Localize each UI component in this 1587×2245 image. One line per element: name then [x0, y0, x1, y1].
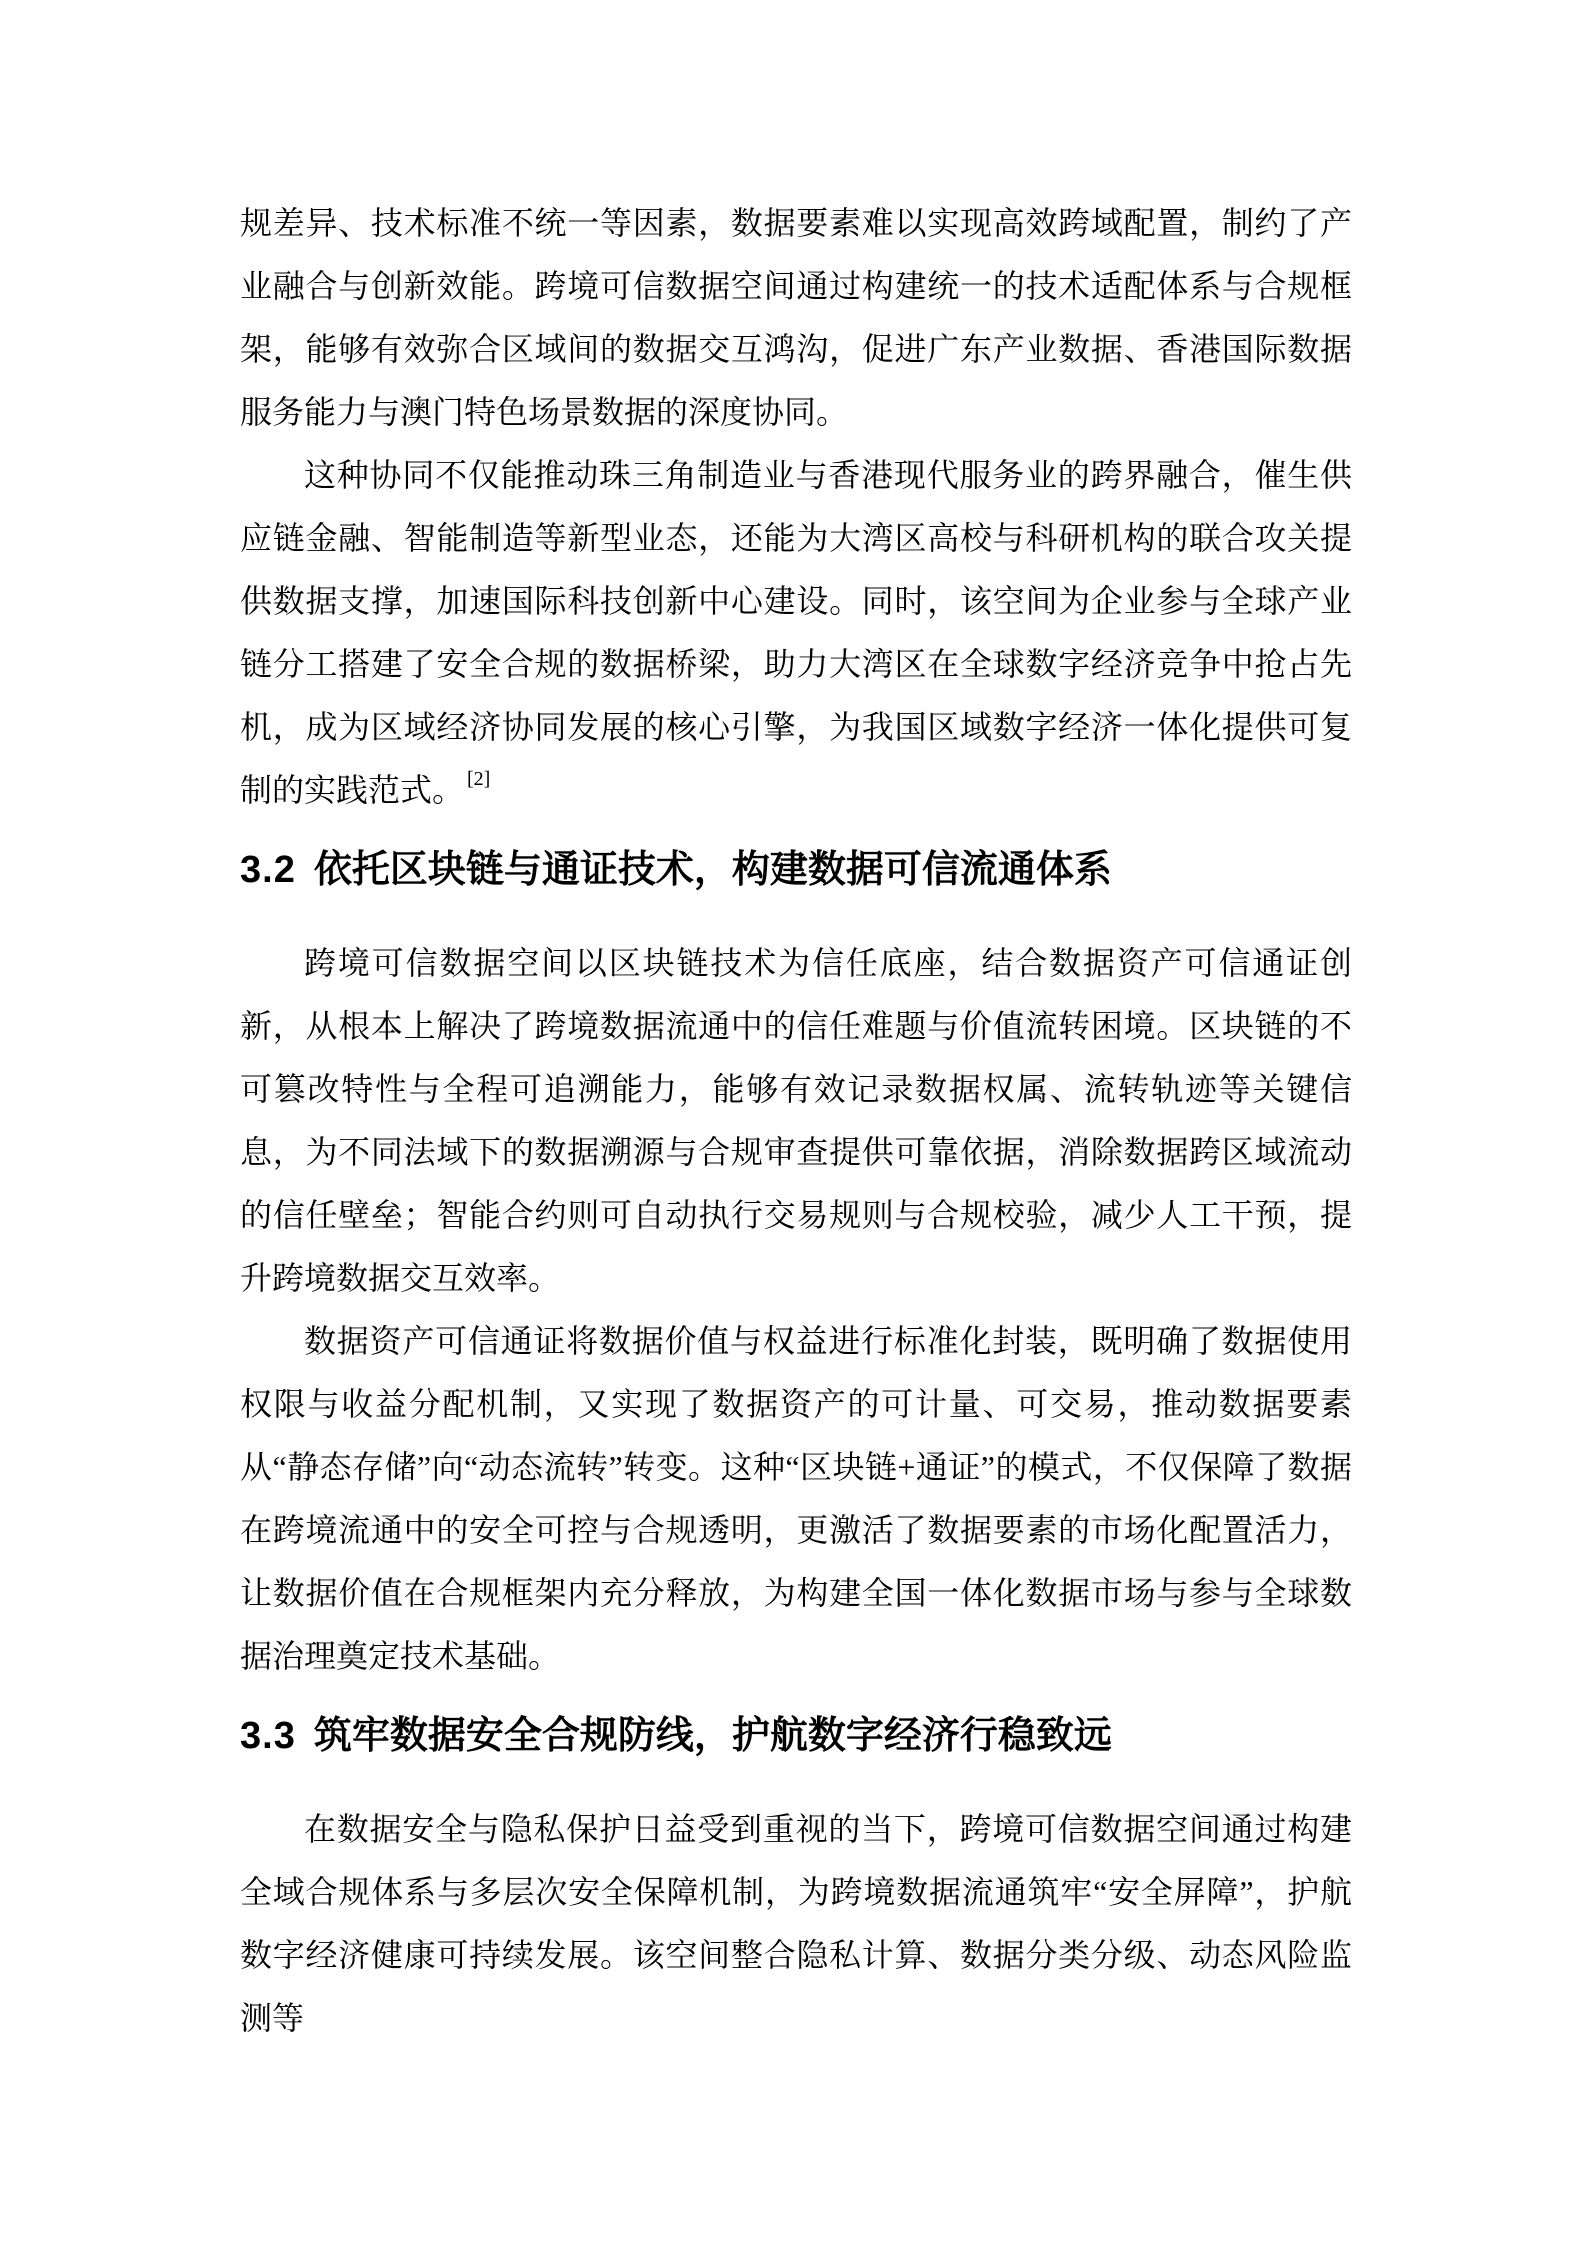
section-title: 依托区块链与通证技术，构建数据可信流通体系	[314, 849, 1112, 891]
paragraph-text: 在数据安全与隐私保护日益受到重视的当下，跨境可信数据空间通过构建全域合规体系与多…	[240, 1811, 1352, 2036]
document-page: 规差异、技术标准不统一等因素，数据要素难以实现高效跨域配置，制约了产业融合与创新…	[0, 0, 1587, 2245]
paragraph-text: 这种协同不仅能推动珠三角制造业与香港现代服务业的跨界融合，催生供应链金融、智能制…	[240, 457, 1352, 808]
paragraph-text: 跨境可信数据空间以区块链技术为信任底座，结合数据资产可信通证创新，从根本上解决了…	[240, 945, 1352, 1296]
paragraph-security-compliance: 在数据安全与隐私保护日益受到重视的当下，跨境可信数据空间通过构建全域合规体系与多…	[240, 1798, 1352, 2050]
section-title: 筑牢数据安全合规防线，护航数字经济行稳致远	[314, 1715, 1112, 1757]
paragraph-text: 数据资产可信通证将数据价值与权益进行标准化封装，既明确了数据使用权限与收益分配机…	[240, 1323, 1352, 1674]
section-number: 3.3	[240, 1715, 296, 1757]
paragraph-blockchain-trust: 跨境可信数据空间以区块链技术为信任底座，结合数据资产可信通证创新，从根本上解决了…	[240, 932, 1352, 1310]
section-heading-3-3: 3.3筑牢数据安全合规防线，护航数字经济行稳致远	[240, 1705, 1352, 1768]
paragraph-text: 规差异、技术标准不统一等因素，数据要素难以实现高效跨域配置，制约了产业融合与创新…	[240, 205, 1352, 430]
section-number: 3.2	[240, 849, 296, 891]
footnote-reference-2: [2]	[467, 768, 490, 790]
paragraph-region-config: 规差异、技术标准不统一等因素，数据要素难以实现高效跨域配置，制约了产业融合与创新…	[240, 192, 1352, 444]
paragraph-data-asset-token: 数据资产可信通证将数据价值与权益进行标准化封装，既明确了数据使用权限与收益分配机…	[240, 1310, 1352, 1688]
paragraph-synergy: 这种协同不仅能推动珠三角制造业与香港现代服务业的跨界融合，催生供应链金融、智能制…	[240, 444, 1352, 822]
section-heading-3-2: 3.2依托区块链与通证技术，构建数据可信流通体系	[240, 839, 1352, 902]
